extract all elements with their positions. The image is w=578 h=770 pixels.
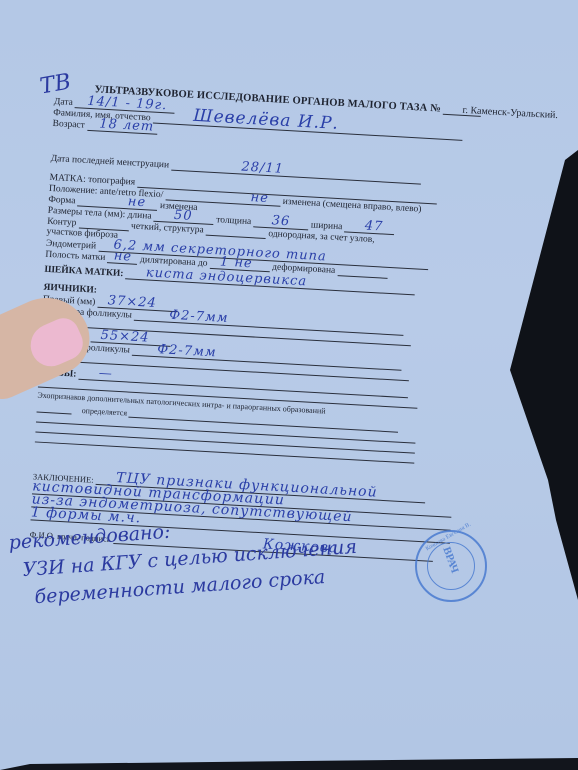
doctor-stamp: Кожкова Евгения В. ВРАЧ: [415, 530, 487, 602]
tubes-value: —: [98, 366, 113, 382]
width-value: 47: [364, 219, 383, 235]
left-follicles-value: Ф2-7мм: [157, 342, 217, 360]
age-value: 18 лет: [99, 117, 155, 135]
last-menstruation-label: Дата последней менструации: [50, 154, 169, 171]
age-field: 18 лет: [87, 120, 158, 135]
additional-prefix-field: [37, 402, 73, 415]
cavity-value: не: [113, 249, 132, 265]
last-menstruation-value: 28/11: [241, 160, 284, 177]
shape-value: не: [127, 194, 146, 210]
thickness-value: 36: [271, 213, 290, 229]
cervix-label: ШЕЙКА МАТКИ:: [44, 265, 123, 279]
ultrasound-form: УЛЬТРАЗВУКОВОЕ ИССЛЕДОВАНИЕ ОРГАНОВ МАЛО…: [29, 82, 554, 570]
cavity-label: Полость матки: [45, 250, 106, 263]
age-label: Возраст: [52, 119, 85, 131]
position-value: не: [250, 190, 269, 206]
cavity-field: не: [107, 252, 138, 265]
length-value: 50: [174, 208, 193, 224]
cavity-deform-field: [337, 265, 388, 279]
